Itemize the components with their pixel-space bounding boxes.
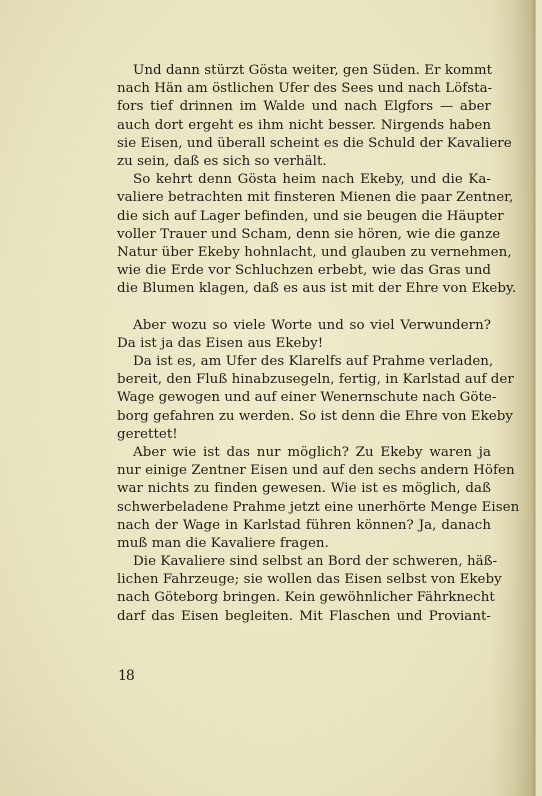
text-line: wie die Erde vor Schluchzen erbebt, wie … — [117, 262, 491, 280]
text-line: lichen Fahrzeuge; sie wollen das Eisen s… — [117, 571, 491, 589]
text-line: die sich auf Lager befinden, und sie beu… — [117, 208, 491, 226]
text-line: die Blumen klagen, daß es aus ist mit de… — [117, 280, 491, 298]
paragraph-1: Und dann stürzt Gösta weiter, gen Süden.… — [117, 62, 491, 171]
text-line: Wage gewogen und auf einer Wenernschute … — [117, 389, 491, 407]
text-line: war nichts zu finden gewesen. Wie ist es… — [117, 480, 491, 498]
paragraph-2: So kehrt denn Gösta heim nach Ekeby, und… — [117, 171, 491, 298]
text-line: Und dann stürzt Gösta weiter, gen Süden.… — [117, 62, 491, 80]
text-line: valiere betrachten mit finsteren Mienen … — [117, 189, 491, 207]
text-line: bereit, den Fluß hinabzusegeln, fertig, … — [117, 371, 491, 389]
paragraph-4: Da ist es, am Ufer des Klarelfs auf Prah… — [117, 353, 491, 444]
paragraph-3: Aber wozu so viele Worte und so viel Ver… — [117, 317, 491, 353]
text-line: Aber wozu so viele Worte und so viel Ver… — [117, 317, 491, 335]
text-line: Da ist ja das Eisen aus Ekeby! — [117, 335, 491, 353]
text-line: nach der Wage in Karlstad führen können?… — [117, 517, 491, 535]
text-line: So kehrt denn Gösta heim nach Ekeby, und… — [117, 171, 491, 189]
text-line: Da ist es, am Ufer des Klarelfs auf Prah… — [117, 353, 491, 371]
text-line: auch dort ergeht es ihm nicht besser. Ni… — [117, 117, 491, 135]
text-line: nach Göteborg bringen. Kein gewöhnlicher… — [117, 589, 491, 607]
section-break — [117, 298, 491, 316]
book-page: Und dann stürzt Gösta weiter, gen Süden.… — [0, 0, 542, 796]
text-line: Natur über Ekeby hohnlacht, und glauben … — [117, 244, 491, 262]
text-line: nach Hän am östlichen Ufer des Sees und … — [117, 80, 491, 98]
text-line: voller Trauer und Scham, denn sie hören,… — [117, 226, 491, 244]
text-line: sie Eisen, und überall scheint es die Sc… — [117, 135, 491, 153]
text-line: muß man die Kavaliere fragen. — [117, 535, 491, 553]
text-line: Aber wie ist das nur möglich? Zu Ekeby w… — [117, 444, 491, 462]
text-line: fors tief drinnen im Walde und nach Elgf… — [117, 98, 491, 116]
text-line: schwerbeladene Prahme jetzt eine unerhör… — [117, 499, 491, 517]
text-line: nur einige Zentner Eisen und auf den sec… — [117, 462, 491, 480]
text-line: darf das Eisen begleiten. Mit Flaschen u… — [117, 608, 491, 626]
text-line: zu sein, daß es sich so verhält. — [117, 153, 491, 171]
text-line: Die Kavaliere sind selbst an Bord der sc… — [117, 553, 491, 571]
page-number: 18 — [118, 668, 134, 684]
text-line: gerettet! — [117, 426, 491, 444]
paragraph-5: Aber wie ist das nur möglich? Zu Ekeby w… — [117, 444, 491, 553]
body-text: Und dann stürzt Gösta weiter, gen Süden.… — [117, 62, 491, 626]
text-line: borg gefahren zu werden. So ist denn die… — [117, 408, 491, 426]
paragraph-6: Die Kavaliere sind selbst an Bord der sc… — [117, 553, 491, 626]
